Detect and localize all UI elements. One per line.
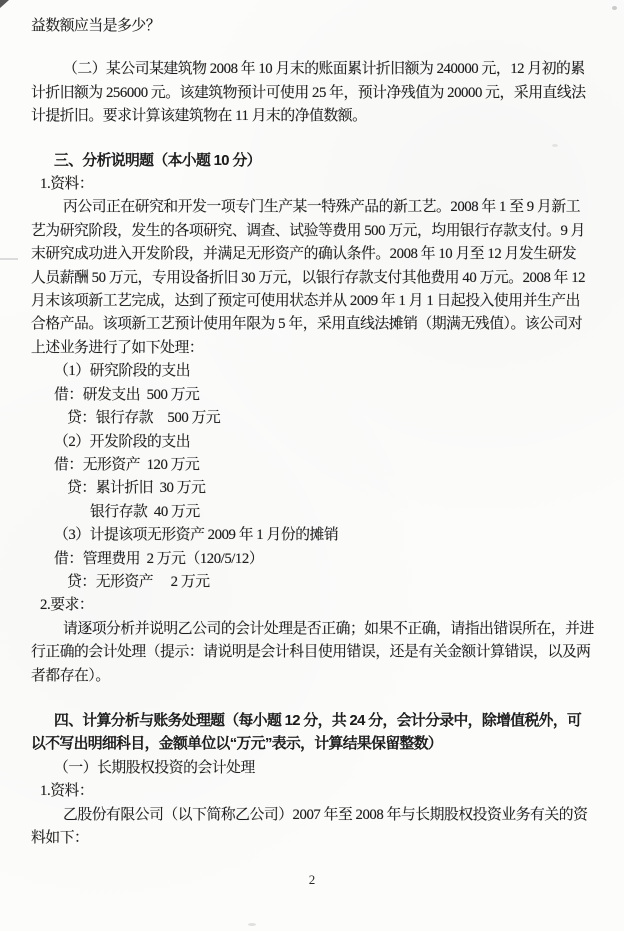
text-line: 请逐项分析并说明乙公司的会计处理是否正确；如果不正确，请指出错误所在，并进 [31,618,597,641]
text-line: 者都存在）。 [31,665,597,688]
text-line: 乙股份有限公司（以下简称乙公司）2007 年至 2008 年与长期股权投资业务有… [31,804,597,827]
text-line: 贷：银行存款 500 万元 [31,407,597,430]
text-line: （1）研究阶段的支出 [31,360,597,383]
text-line: 借：管理费用 2 万元（120/5/12） [31,548,597,571]
page-number: 2 [0,868,624,891]
text-line: 1.资料： [31,780,597,803]
text-line: 借：无形资产 120 万元 [31,454,597,477]
text-line: （一）长期股权投资的会计处理 [31,757,597,780]
scan-speck [0,258,18,260]
document-body: 益数额应当是多少？（二）某公司某建筑物 2008 年 10 月末的账面累计折旧额… [31,15,597,850]
text-line: 行正确的会计处理（提示：请说明是会计科目使用错误，还是有关金额计算错误，以及两 [31,641,597,664]
text-line: 2.要求： [31,594,597,617]
text-line: 料如下： [31,827,597,850]
section-heading: 以不写出明细科目，金额单位以“万元”表示，计算结果保留整数） [31,733,597,756]
text-line: 计提折旧。要求计算该建筑物在 11 月末的净值数额。 [31,105,597,128]
scan-speck [248,923,256,926]
text-line: 末研究成功进入开发阶段，并满足无形资产的确认条件。2008 年 10 月至 12… [31,243,597,266]
text-line: 丙公司正在研究和开发一项专门生产某一特殊产品的新工艺。2008 年 1 至 9 … [31,196,597,219]
scan-corner-artifact [0,0,9,8]
text-line: 上述业务进行了如下处理： [31,337,597,360]
text-line: 合格产品。该项新工艺预计使用年限为 5 年，采用直线法摊销（期满无残值）。该公司… [31,313,597,336]
scanned-document-page: 益数额应当是多少？（二）某公司某建筑物 2008 年 10 月末的账面累计折旧额… [0,0,624,931]
text-line: 贷：无形资产 2 万元 [31,571,597,594]
text-line: 艺为研究阶段，发生的各项研究、调查、试验等费用 500 万元，均用银行存款支付。… [31,220,597,243]
text-line: 银行存款 40 万元 [31,501,597,524]
scan-speck [612,6,617,10]
text-line: （二）某公司某建筑物 2008 年 10 月末的账面累计折旧额为 240000 … [31,58,597,81]
text-line: 贷：累计折旧 30 万元 [31,477,597,500]
section-heading: 三、分析说明题（本小题 10 分） [31,150,597,173]
text-line: 月末该项新工艺完成，达到了预定可使用状态并从 2009 年 1 月 1 日起投入… [31,290,597,313]
section-heading: 四、计算分析与账务处理题（每小题 12 分，共 24 分，会计分录中，除增值税外… [31,710,597,733]
text-line: 益数额应当是多少？ [31,15,597,38]
text-line: 计折旧额为 256000 元。该建筑物预计可使用 25 年，预计净残值为 200… [31,82,597,105]
text-line: 借：研发支出 500 万元 [31,384,597,407]
text-line: （3）计提该项无形资产 2009 年 1 月份的摊销 [31,524,597,547]
text-line: （2）开发阶段的支出 [31,431,597,454]
text-line: 人员薪酬 50 万元，专用设备折旧 30 万元，以银行存款支付其他费用 40 万… [31,267,597,290]
text-line: 1.资料： [31,173,597,196]
